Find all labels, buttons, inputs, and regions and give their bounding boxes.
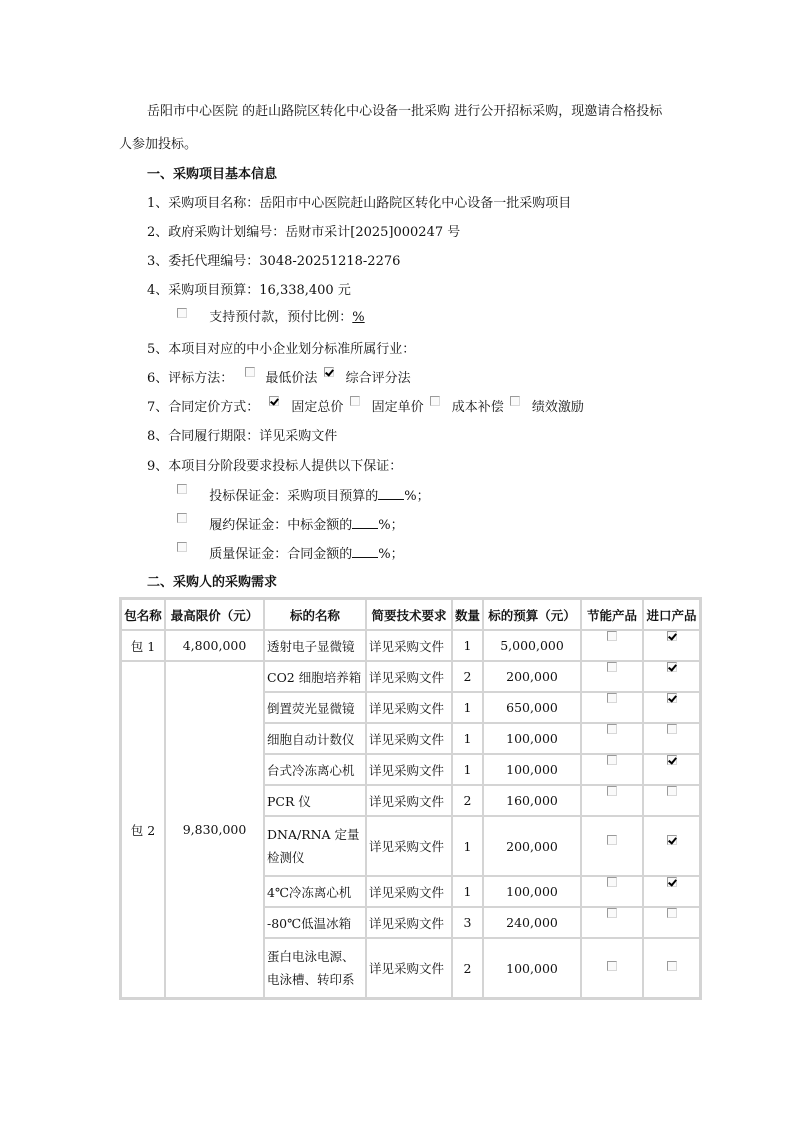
quality-bond-checkbox[interactable]	[177, 542, 187, 552]
lowest-price-label: 最低价法	[265, 371, 317, 386]
item-budget: 200,000	[483, 816, 581, 876]
package-max-price: 4,800,000	[165, 630, 264, 661]
energy-saving-checkbox[interactable]	[607, 724, 617, 734]
item-qty: 3	[452, 907, 483, 938]
imported-checkbox[interactable]	[667, 755, 677, 765]
item-req: 详见采购文件	[366, 938, 452, 998]
bid-bond-blank	[378, 487, 404, 500]
section1-title: 一、采购项目基本信息	[147, 167, 277, 183]
item-req: 详见采购文件	[366, 661, 452, 692]
energy-saving-checkbox[interactable]	[607, 662, 617, 672]
header-package: 包名称	[121, 599, 165, 630]
imported-checkbox[interactable]	[667, 631, 677, 641]
item-budget: 5,000,000	[483, 630, 581, 661]
item-name: 台式冷冻离心机	[264, 754, 366, 785]
imported-checkbox[interactable]	[667, 835, 677, 845]
item-budget: 200,000	[483, 661, 581, 692]
quality-bond-label: 质量保证金：合同金额的	[209, 547, 352, 562]
performance-bond-row: 履约保证金：中标金额的%；	[177, 516, 404, 534]
comprehensive-score-label: 综合评分法	[346, 371, 411, 386]
item-req: 详见采购文件	[366, 630, 452, 661]
bid-bond-row: 投标保证金：采购项目预算的%；	[177, 487, 430, 505]
item-qty: 2	[452, 938, 483, 998]
project-budget: 4、采购项目预算：16,338,400 元	[147, 283, 351, 299]
item-name: 细胞自动计数仪	[264, 723, 366, 754]
sme-industry: 5、本项目对应的中小企业划分标准所属行业：	[147, 342, 415, 358]
energy-saving-checkbox[interactable]	[607, 877, 617, 887]
energy-saving-checkbox[interactable]	[607, 961, 617, 971]
energy-saving-checkbox[interactable]	[607, 631, 617, 641]
evaluation-method-label: 6、评标方法：	[147, 371, 233, 386]
item-qty: 2	[452, 785, 483, 816]
item-name: CO2 细胞培养箱	[264, 661, 366, 692]
imported-checkbox[interactable]	[667, 724, 677, 734]
item-qty: 1	[452, 816, 483, 876]
performance-bond-label: 履约保证金：中标金额的	[209, 518, 352, 533]
agency-number: 3、委托代理编号：3048-20251218-2276	[147, 254, 400, 270]
item-name: 4℃冷冻离心机	[264, 876, 366, 907]
item-req: 详见采购文件	[366, 876, 452, 907]
imported-checkbox[interactable]	[667, 786, 677, 796]
package-name: 包 2	[121, 661, 165, 998]
fixed-total-label: 固定总价	[291, 400, 343, 415]
item-name: 蛋白电泳电源、电泳槽、转印系	[264, 938, 366, 998]
energy-saving-checkbox[interactable]	[607, 908, 617, 918]
contract-period: 8、合同履行期限：详见采购文件	[147, 429, 337, 445]
performance-bond-unit: %；	[378, 518, 403, 533]
item-budget: 100,000	[483, 754, 581, 785]
comprehensive-score-checkbox[interactable]	[324, 367, 334, 377]
fixed-unit-checkbox[interactable]	[350, 396, 360, 406]
item-name: 透射电子显微镜	[264, 630, 366, 661]
table-header-row: 包名称 最高限价（元） 标的名称 简要技术要求 数量 标的预算（元） 节能产品 …	[121, 599, 700, 630]
prepay-label: 支持预付款，预付比例：	[209, 310, 352, 325]
quality-bond-blank	[352, 545, 378, 558]
requirements-table: 包名称 最高限价（元） 标的名称 简要技术要求 数量 标的预算（元） 节能产品 …	[119, 597, 702, 1000]
package-name: 包 1	[121, 630, 165, 661]
item-req: 详见采购文件	[366, 723, 452, 754]
item-qty: 2	[452, 661, 483, 692]
header-energy-saving: 节能产品	[581, 599, 643, 630]
energy-saving-checkbox[interactable]	[607, 755, 617, 765]
item-req: 详见采购文件	[366, 754, 452, 785]
item-qty: 1	[452, 876, 483, 907]
item-budget: 100,000	[483, 723, 581, 754]
item-req: 详见采购文件	[366, 785, 452, 816]
intro-line-2: 人参加投标。	[119, 137, 197, 153]
performance-bond-blank	[352, 516, 378, 529]
pricing-method-label: 7、合同定价方式：	[147, 400, 259, 415]
lowest-price-checkbox[interactable]	[245, 367, 255, 377]
item-qty: 1	[452, 723, 483, 754]
imported-checkbox[interactable]	[667, 662, 677, 672]
imported-checkbox[interactable]	[667, 693, 677, 703]
bid-bond-label: 投标保证金：采购项目预算的	[209, 489, 378, 504]
energy-saving-checkbox[interactable]	[607, 786, 617, 796]
item-budget: 160,000	[483, 785, 581, 816]
item-qty: 1	[452, 692, 483, 723]
header-budget: 标的预算（元）	[483, 599, 581, 630]
pricing-method-row: 7、合同定价方式： 固定总价 固定单价 成本补偿 绩效激励	[147, 400, 584, 416]
item-name: DNA/RNA 定量检测仪	[264, 816, 366, 876]
header-item-name: 标的名称	[264, 599, 366, 630]
imported-checkbox[interactable]	[667, 961, 677, 971]
imported-checkbox[interactable]	[667, 877, 677, 887]
item-budget: 650,000	[483, 692, 581, 723]
item-budget: 100,000	[483, 876, 581, 907]
item-name: -80℃低温冰箱	[264, 907, 366, 938]
guarantee-intro: 9、本项目分阶段要求投标人提供以下保证：	[147, 459, 402, 475]
prepay-row: 支持预付款，预付比例：%	[177, 310, 365, 326]
header-quantity: 数量	[452, 599, 483, 630]
item-name: PCR 仪	[264, 785, 366, 816]
item-req: 详见采购文件	[366, 692, 452, 723]
performance-incentive-label: 绩效激励	[532, 400, 584, 415]
bid-bond-unit: %；	[404, 489, 429, 504]
item-budget: 240,000	[483, 907, 581, 938]
prepay-checkbox[interactable]	[177, 308, 187, 318]
plan-number: 2、政府采购计划编号：岳财市采计[2025]000247 号	[147, 225, 460, 241]
prepay-unit: %	[352, 310, 364, 325]
item-req: 详见采购文件	[366, 907, 452, 938]
intro-line-1: 岳阳市中心医院 的赶山路院区转化中心设备一批采购 进行公开招标采购，现邀请合格投…	[147, 104, 662, 120]
performance-bond-checkbox[interactable]	[177, 513, 187, 523]
quality-bond-row: 质量保证金：合同金额的%；	[177, 545, 404, 563]
header-max-price: 最高限价（元）	[165, 599, 264, 630]
package-max-price: 9,830,000	[165, 661, 264, 998]
bid-bond-checkbox[interactable]	[177, 484, 187, 494]
quality-bond-unit: %；	[378, 547, 403, 562]
performance-incentive-checkbox[interactable]	[510, 396, 520, 406]
table-row: 包 2 9,830,000 CO2 细胞培养箱 详见采购文件 2 200,000	[121, 661, 700, 692]
item-name: 倒置荧光显微镜	[264, 692, 366, 723]
fixed-unit-label: 固定单价	[372, 400, 424, 415]
project-name: 1、采购项目名称：岳阳市中心医院赶山路院区转化中心设备一批采购项目	[147, 196, 571, 212]
fixed-total-checkbox[interactable]	[269, 396, 279, 406]
section2-title: 二、采购人的采购需求	[147, 575, 277, 591]
cost-compensation-checkbox[interactable]	[430, 396, 440, 406]
item-budget: 100,000	[483, 938, 581, 998]
cost-compensation-label: 成本补偿	[452, 400, 504, 415]
energy-saving-checkbox[interactable]	[607, 693, 617, 703]
item-req: 详见采购文件	[366, 816, 452, 876]
item-qty: 1	[452, 630, 483, 661]
item-qty: 1	[452, 754, 483, 785]
table-row: 包 1 4,800,000 透射电子显微镜 详见采购文件 1 5,000,000	[121, 630, 700, 661]
energy-saving-checkbox[interactable]	[607, 835, 617, 845]
header-imported: 进口产品	[643, 599, 700, 630]
imported-checkbox[interactable]	[667, 908, 677, 918]
evaluation-method-row: 6、评标方法： 最低价法 综合评分法	[147, 371, 411, 387]
header-tech-req: 简要技术要求	[366, 599, 452, 630]
